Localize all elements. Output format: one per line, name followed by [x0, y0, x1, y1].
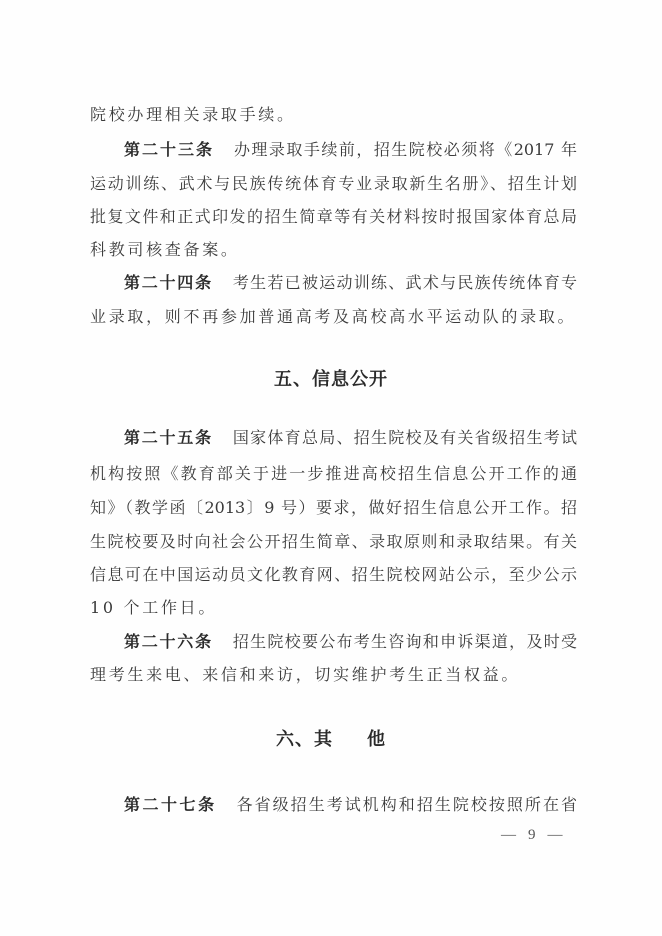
paragraph-line: 信息可在中国运动员文化教育网、招生院校网站公示，至少公示 [90, 564, 577, 586]
article-label: 第二十七条 [124, 795, 217, 814]
article-text: 考生若已被运动训练、武术与民族传统体育专 [233, 273, 577, 292]
article-23-first-line: 第二十三条办理录取手续前，招生院校必须将《2017 年 [90, 139, 577, 161]
document-page: 院校办理相关录取手续。 第二十三条办理录取手续前，招生院校必须将《2017 年 … [0, 0, 662, 936]
heading-title-part2: 他 [367, 729, 386, 750]
heading-title-part1: 其 [314, 729, 333, 750]
paragraph-line: 10 个工作日。 [90, 597, 580, 619]
article-label: 第二十六条 [124, 632, 213, 651]
paragraph-line: 知》（教学函〔2013〕9 号）要求，做好招生信息公开工作。招 [90, 497, 577, 519]
article-label: 第二十三条 [124, 140, 214, 159]
page-number-value: 9 [528, 827, 536, 843]
page-number: —9— [495, 825, 565, 845]
article-27-first-line: 第二十七条各省级招生考试机构和招生院校按照所在省 [90, 794, 577, 816]
heading-prefix: 六、 [276, 729, 314, 750]
paragraph-line: 运动训练、武术与民族传统体育专业录取新生名册》、招生计划 [90, 173, 577, 195]
paragraph-line: 生院校要及时向社会公开招生简章、录取原则和录取结果。有关 [90, 531, 577, 553]
article-text: 各省级招生考试机构和招生院校按照所在省 [237, 795, 577, 814]
article-text: 国家体育总局、招生院校及有关省级招生考试 [233, 428, 577, 447]
paragraph-line: 理考生来电、来信和来访，切实维护考生正当权益。 [90, 664, 580, 686]
article-label: 第二十四条 [124, 273, 213, 292]
article-label: 第二十五条 [124, 428, 213, 447]
article-text: 办理录取手续前，招生院校必须将《2017 年 [234, 140, 577, 159]
heading-prefix: 五、 [274, 369, 312, 390]
paragraph-line: 院校办理相关录取手续。 [90, 104, 580, 126]
page-dash-left: — [501, 827, 516, 843]
paragraph-line: 批复文件和正式印发的招生简章等有关材料按时报国家体育总局 [90, 206, 577, 228]
heading-title: 信息公开 [312, 369, 388, 390]
article-24-first-line: 第二十四条考生若已被运动训练、武术与民族传统体育专 [90, 272, 577, 294]
article-text: 招生院校要公布考生咨询和申诉渠道，及时受 [233, 632, 577, 651]
section-heading-6: 六、其他 [0, 729, 662, 751]
paragraph-line: 科教司核查备案。 [90, 239, 580, 261]
page-dash-right: — [548, 827, 563, 843]
article-26-first-line: 第二十六条招生院校要公布考生咨询和申诉渠道，及时受 [90, 631, 577, 653]
paragraph-line: 机构按照《教育部关于进一步推进高校招生信息公开工作的通 [90, 463, 577, 485]
section-heading-5: 五、信息公开 [0, 369, 662, 391]
article-25-first-line: 第二十五条国家体育总局、招生院校及有关省级招生考试 [90, 427, 577, 449]
paragraph-line: 业录取，则不再参加普通高考及高校高水平运动队的录取。 [90, 306, 580, 328]
